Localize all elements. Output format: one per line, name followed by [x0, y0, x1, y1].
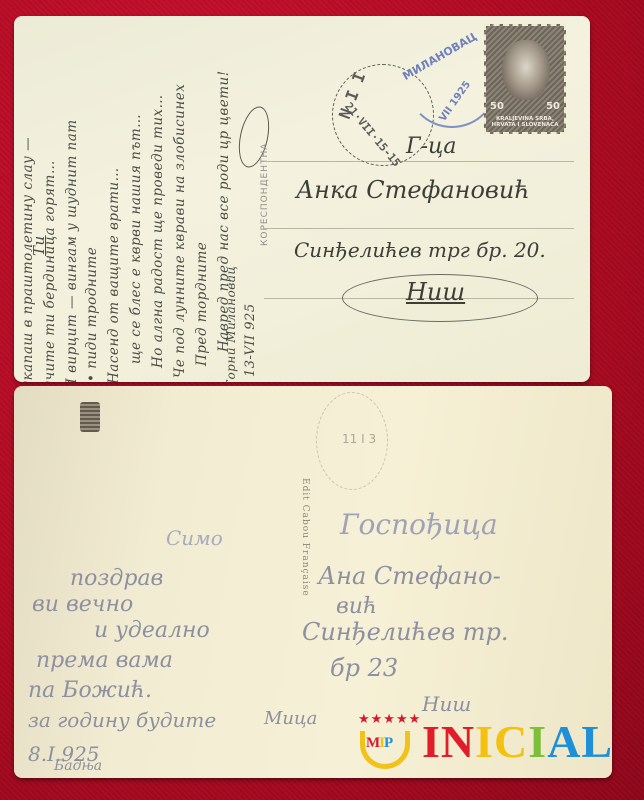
stamp-value-left: 50 [490, 101, 504, 112]
message-line: Но алгна радост ще проведи тих… [150, 94, 166, 368]
top-postcard: Ти Окапаш в праштолетину слау — Очите ти… [14, 16, 590, 382]
recipient-name: Анка Стефановић [296, 176, 530, 204]
pencil-message-line: према вама [36, 648, 173, 673]
pencil-message-line: и удеално [94, 618, 210, 643]
stamp-inscription: KRALJEVINA SRBA, HRVATA I SLOVENACA [490, 116, 560, 128]
recipient-street: Синђелићев трг бр. 20. [294, 238, 546, 262]
pencil-recipient-line: Синђелићев тр. [302, 618, 509, 646]
pencil-message-line: Cимо [166, 526, 223, 550]
message-line: Че под лунните кврави на злобисинех [172, 84, 188, 378]
pencil-message-line: па Божић. [28, 678, 152, 703]
message-line: ще се блес е кврви нашия път… [128, 114, 144, 364]
pencil-recipient-line: Госпођица [340, 508, 498, 541]
postage-stamp: 50 50 KRALJEVINA SRBA, HRVATA I SLOVENAC… [484, 24, 566, 134]
badge-letters: MIP [366, 735, 392, 752]
pencil-message-line: за годину будите [28, 708, 216, 732]
publisher-imprint: Edit Cabou Française [300, 478, 310, 597]
publisher-logo-icon [80, 402, 100, 432]
message-line: Окапаш в праштолетину слау — [20, 137, 36, 382]
pencil-recipient-line: бр 23 [330, 654, 398, 682]
address-line [264, 161, 574, 162]
message-line: Очите ти бердиница горят… [42, 160, 58, 382]
faint-postmark-text: 11 I 3 [342, 432, 376, 446]
message-line: И вирцит — вингам у шуднит пат [64, 119, 80, 382]
inicial-watermark: ★★★★★ MIP INICIAL [356, 712, 613, 772]
message-line: Насенд от ващите врати… [106, 167, 122, 382]
pencil-recipient-line: вић [336, 594, 377, 619]
stars-icon: ★★★★★ [358, 713, 412, 726]
message-line: Пред тордните [194, 242, 210, 366]
signature-place: Горни Милановац [224, 266, 238, 382]
pencil-message-line: Мица [264, 708, 317, 729]
vertical-print-text: КОРЕСПОНДЕНТНА [260, 143, 270, 246]
signature-date: 13-VII 925 [243, 303, 258, 377]
address-line [264, 228, 574, 229]
pencil-footer: Бадња [54, 758, 102, 774]
stamp-value-right: 50 [546, 101, 560, 112]
pencil-message-line: ви вечно [32, 592, 133, 617]
mip-badge-icon: ★★★★★ MIP [356, 713, 414, 771]
pencil-message-line: поздрав [70, 566, 163, 591]
brand-wordmark: INICIAL [422, 717, 613, 767]
message-line: • пиди тродните [84, 247, 100, 382]
stamp-portrait [502, 40, 550, 100]
pencil-recipient-line: Ана Стефано- [318, 562, 501, 590]
recipient-title: Г-ца [406, 134, 456, 159]
recipient-city: Ниш [406, 278, 465, 306]
